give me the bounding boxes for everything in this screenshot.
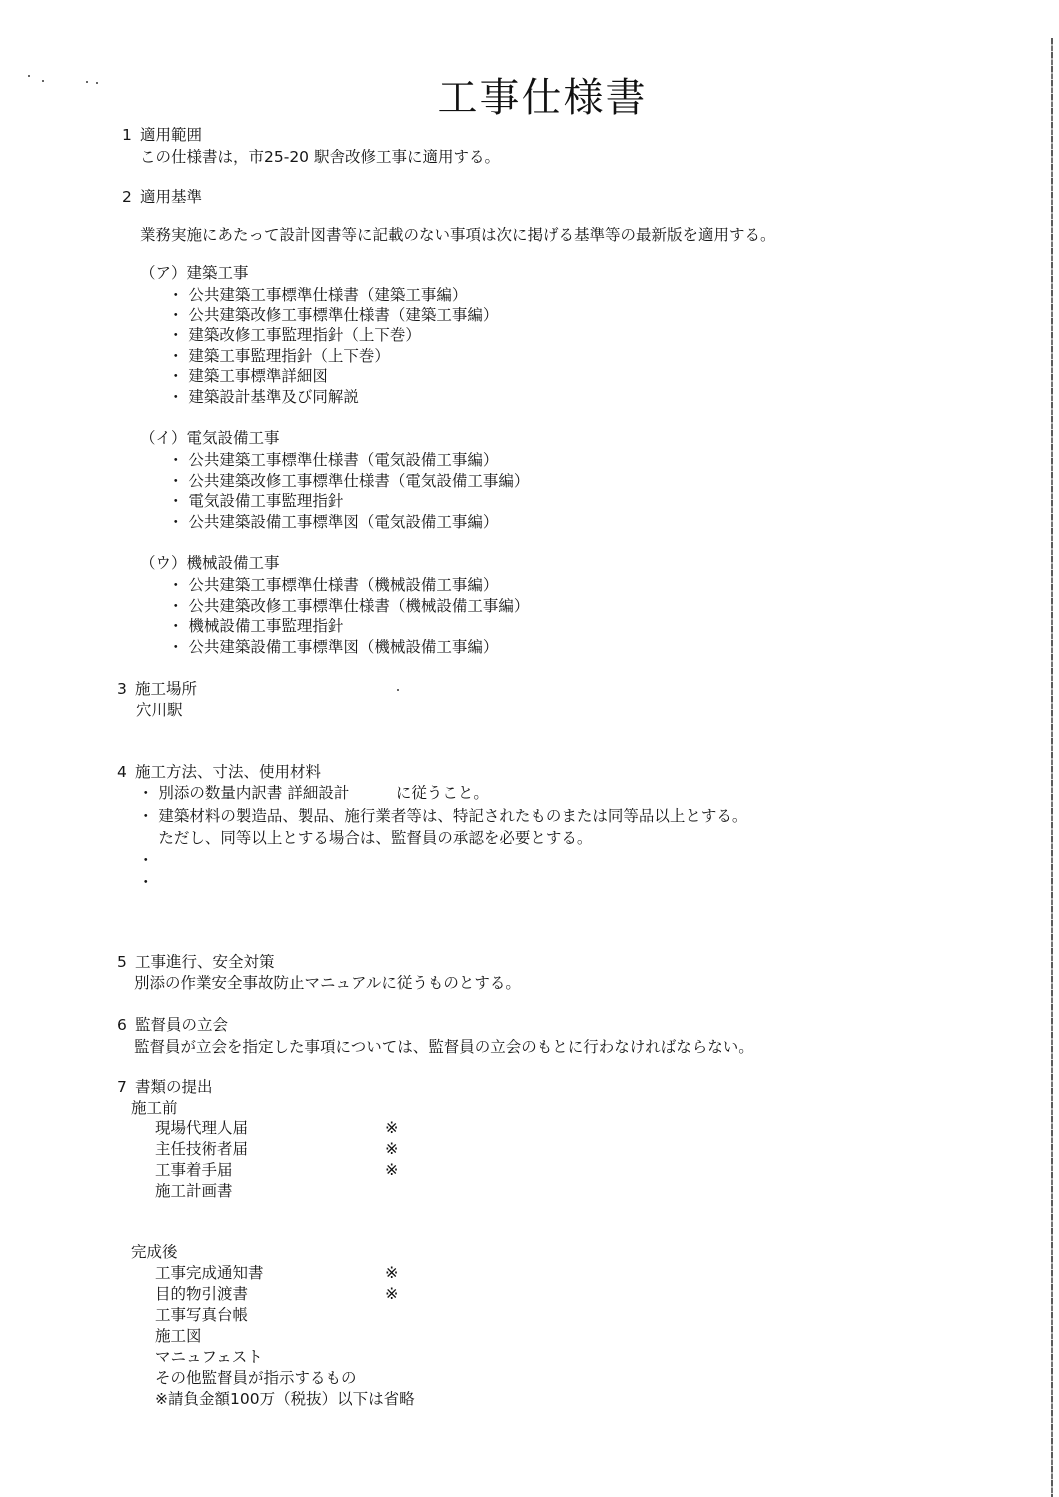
document-item: 主任技術者届 bbox=[155, 1139, 248, 1159]
group-label-electrical: （イ）電気設備工事 bbox=[140, 428, 280, 448]
document-item: 工事着手届 bbox=[155, 1160, 233, 1180]
spec-document-page: 工事仕様書 1適用範囲 この仕様書は，市25-20 駅舎改修工事に適用する。 2… bbox=[0, 0, 1059, 1497]
list-item: ・ 公共建築工事標準仕様書（電気設備工事編） bbox=[168, 450, 498, 470]
list-item: ・ 公共建築工事標準仕様書（建築工事編） bbox=[168, 285, 467, 305]
document-item: 現場代理人届 bbox=[155, 1118, 248, 1138]
exemption-note: ※請負金額100万（税抜）以下は省略 bbox=[155, 1389, 415, 1409]
section-number: 3 bbox=[117, 679, 135, 699]
required-mark: ※ bbox=[385, 1284, 398, 1304]
section-number: 7 bbox=[117, 1077, 135, 1097]
list-item: ・ 公共建築改修工事標準仕様書（機械設備工事編） bbox=[168, 596, 529, 616]
section-1-body: この仕様書は，市25-20 駅舎改修工事に適用する。 bbox=[140, 147, 500, 167]
list-item: ・ 公共建築改修工事標準仕様書（建築工事編） bbox=[168, 305, 498, 325]
after-completion-label: 完成後 bbox=[131, 1242, 178, 1262]
list-item: ・ 建築改修工事監理指針（上下巻） bbox=[168, 325, 421, 345]
section-1-heading: 1適用範囲 bbox=[122, 125, 202, 145]
section-number: 1 bbox=[122, 125, 140, 145]
section-number: 2 bbox=[122, 187, 140, 207]
list-item: ・ 公共建築改修工事標準仕様書（電気設備工事編） bbox=[168, 471, 529, 491]
section-4-heading: 4施工方法、寸法、使用材料 bbox=[117, 762, 321, 782]
section-3-body: 穴川駅 bbox=[136, 700, 183, 720]
section-5-heading: 5工事進行、安全対策 bbox=[117, 952, 275, 972]
section-number: 4 bbox=[117, 762, 135, 782]
list-item: ただし、同等以上とする場合は、監督員の承認を必要とする。 bbox=[138, 828, 592, 848]
list-item-empty: ・ bbox=[138, 872, 154, 892]
list-item: ・ 別添の数量内訳書 詳細設計 に従うこと。 bbox=[138, 783, 489, 803]
list-item-empty: ・ bbox=[138, 850, 154, 870]
list-item: ・ 公共建築工事標準仕様書（機械設備工事編） bbox=[168, 575, 498, 595]
list-item: ・ 建築材料の製造品、製品、施行業者等は、特記されたものまたは同等品以上とする。 bbox=[138, 806, 747, 826]
list-item: ・ 公共建築設備工事標準図（電気設備工事編） bbox=[168, 512, 498, 532]
required-mark: ※ bbox=[385, 1160, 398, 1180]
document-item: 工事完成通知書 bbox=[155, 1263, 264, 1283]
section-3-heading: 3施工場所 bbox=[117, 679, 197, 699]
section-2-heading: 2適用基準 bbox=[122, 187, 202, 207]
section-number: 6 bbox=[117, 1015, 135, 1035]
section-7-heading: 7書類の提出 bbox=[117, 1077, 213, 1097]
required-mark: ※ bbox=[385, 1118, 398, 1138]
section-6-body: 監督員が立会を指定した事項については、監督員の立会のもとに行わなければならない。 bbox=[134, 1037, 754, 1057]
before-construction-label: 施工前 bbox=[131, 1098, 178, 1118]
section-number: 5 bbox=[117, 952, 135, 972]
list-item: ・ 電気設備工事監理指針 bbox=[168, 491, 343, 511]
required-mark: ※ bbox=[385, 1263, 398, 1283]
list-item: ・ 建築設計基準及び同解説 bbox=[168, 387, 359, 407]
scan-edge-line bbox=[1051, 38, 1053, 1497]
list-item: ・ 機械設備工事監理指針 bbox=[168, 616, 343, 636]
group-label-architecture: （ア）建築工事 bbox=[140, 263, 249, 283]
list-item: ・ 公共建築設備工事標準図（機械設備工事編） bbox=[168, 637, 498, 657]
required-mark: ※ bbox=[385, 1139, 398, 1159]
section-5-body: 別添の作業安全事故防止マニュアルに従うものとする。 bbox=[134, 973, 521, 993]
document-title: 工事仕様書 bbox=[0, 74, 1059, 122]
section-2-body: 業務実施にあたって設計図書等に記載のない事項は次に掲げる基準等の最新版を適用する… bbox=[140, 225, 776, 245]
document-item: 工事写真台帳 bbox=[155, 1305, 248, 1325]
document-item: 施工図 bbox=[155, 1326, 202, 1346]
scan-speck bbox=[397, 689, 399, 691]
section-6-heading: 6監督員の立会 bbox=[117, 1015, 228, 1035]
list-item: ・ 建築工事標準詳細図 bbox=[168, 366, 328, 386]
list-item: ・ 建築工事監理指針（上下巻） bbox=[168, 346, 390, 366]
document-item: 施工計画書 bbox=[155, 1181, 233, 1201]
document-item: マニュフェスト bbox=[155, 1347, 263, 1367]
document-item: その他監督員が指示するもの bbox=[155, 1368, 357, 1388]
group-label-mechanical: （ウ）機械設備工事 bbox=[140, 553, 280, 573]
document-item: 目的物引渡書 bbox=[155, 1284, 248, 1304]
